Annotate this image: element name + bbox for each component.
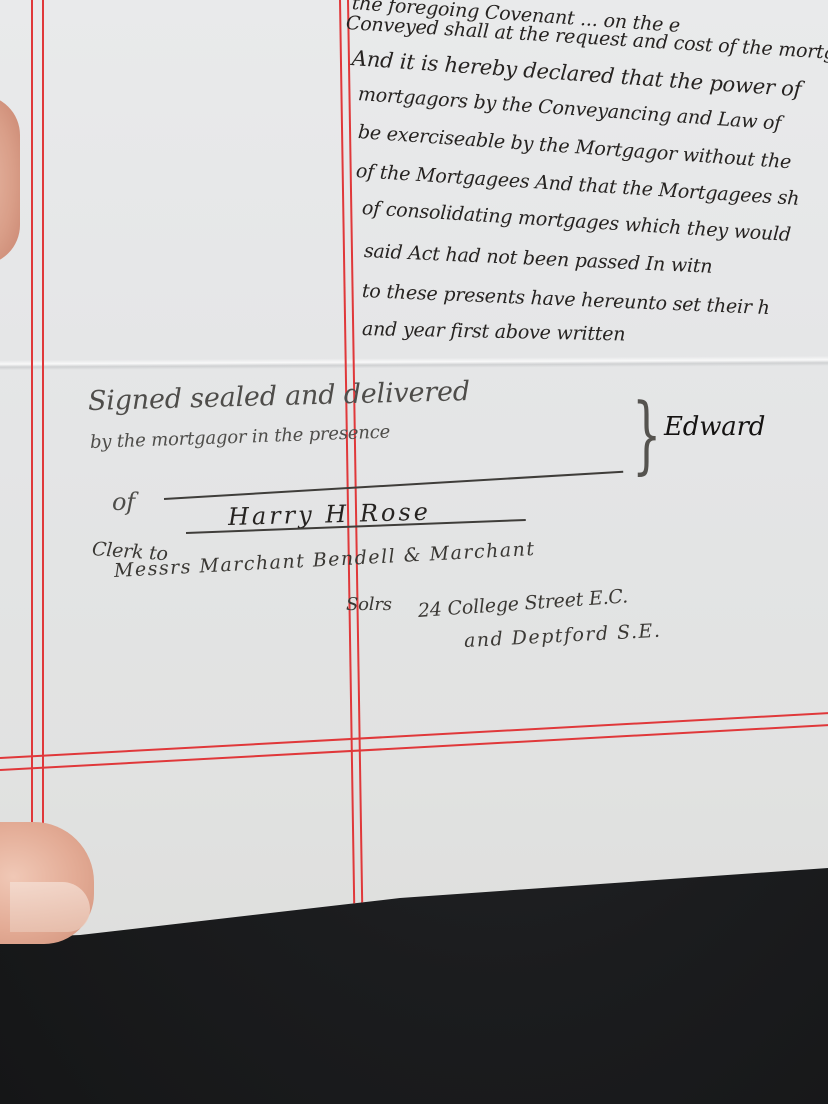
thumbnail-highlight xyxy=(10,882,90,932)
left-margin-rule-inner xyxy=(42,0,44,860)
deed-line-9: to these presents have hereunto set thei… xyxy=(362,280,771,319)
bottom-border-rule-upper xyxy=(0,710,828,759)
thumb-holding-paper-top xyxy=(0,95,20,265)
attestation-line-1: Signed sealed and delivered xyxy=(88,376,471,417)
deed-line-10: and year first above written xyxy=(362,318,626,346)
photo-scene: the foregoing Covenant ... on the e Conv… xyxy=(0,0,828,1104)
witness-address-2: and Deptford S.E. xyxy=(463,620,661,652)
witness-address-1: 24 College Street E.C. xyxy=(417,585,628,622)
text-margin-rule-outer xyxy=(339,0,355,910)
left-margin-rule-outer xyxy=(31,0,33,860)
witness-firm: Messrs Marchant Bendell & Marchant xyxy=(113,538,536,582)
deed-line-8: said Act had not been passed In witn xyxy=(364,240,713,278)
attestation-brace: } xyxy=(632,392,661,476)
witness-firm-role: Solrs xyxy=(346,594,392,615)
signatory-signature: Edward xyxy=(664,412,765,442)
attestation-rule-upper xyxy=(164,471,623,500)
bottom-border-rule-lower xyxy=(0,722,828,771)
paper-fold-crease xyxy=(0,356,828,370)
attestation-of-label: of xyxy=(112,488,135,516)
